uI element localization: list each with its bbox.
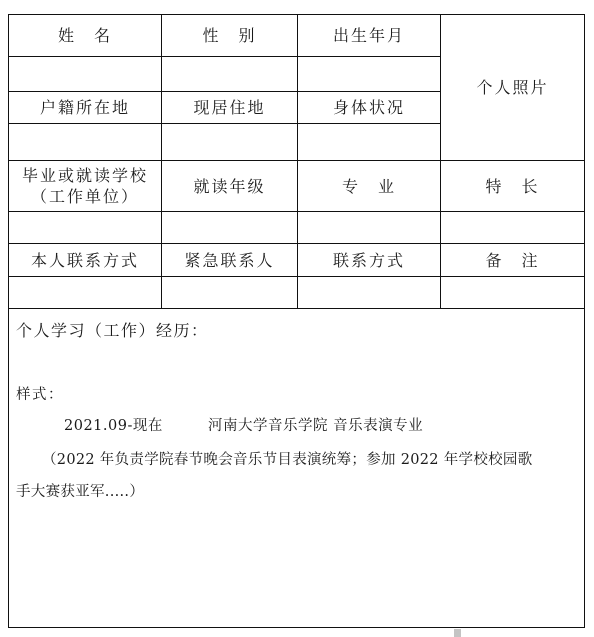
input-contact-method[interactable]: [298, 277, 440, 308]
experience-input-area[interactable]: [9, 309, 584, 627]
label-contact-method: 联系方式: [298, 244, 440, 276]
input-health[interactable]: [298, 124, 440, 160]
label-school-line2: （工作单位）: [31, 186, 139, 207]
input-hukou[interactable]: [9, 124, 161, 160]
label-major: 专 业: [298, 161, 440, 211]
input-residence[interactable]: [162, 124, 297, 160]
input-own-contact[interactable]: [9, 277, 161, 308]
label-grade: 就读年级: [162, 161, 297, 211]
photo-placeholder[interactable]: 个人照片: [441, 15, 584, 160]
label-gender: 性 别: [162, 15, 297, 56]
input-school[interactable]: [9, 212, 161, 243]
input-grade[interactable]: [162, 212, 297, 243]
label-emergency-contact: 紧急联系人: [162, 244, 297, 276]
input-gender[interactable]: [162, 57, 297, 91]
input-birth-date[interactable]: [298, 57, 440, 91]
scroll-marker: [454, 629, 461, 637]
input-major[interactable]: [298, 212, 440, 243]
label-own-contact: 本人联系方式: [9, 244, 161, 276]
label-residence: 现居住地: [162, 92, 297, 123]
label-name: 姓 名: [9, 15, 161, 56]
label-health: 身体状况: [298, 92, 440, 123]
label-remarks: 备 注: [441, 244, 584, 276]
input-emergency-contact[interactable]: [162, 277, 297, 308]
input-specialty[interactable]: [441, 212, 584, 243]
label-birth-date: 出生年月: [298, 15, 440, 56]
input-name[interactable]: [9, 57, 161, 91]
label-school-line1: 毕业或就读学校: [22, 165, 148, 186]
label-hukou: 户籍所在地: [9, 92, 161, 123]
label-school: 毕业或就读学校 （工作单位）: [9, 161, 161, 211]
label-specialty: 特 长: [441, 161, 584, 211]
input-remarks[interactable]: [441, 277, 584, 308]
